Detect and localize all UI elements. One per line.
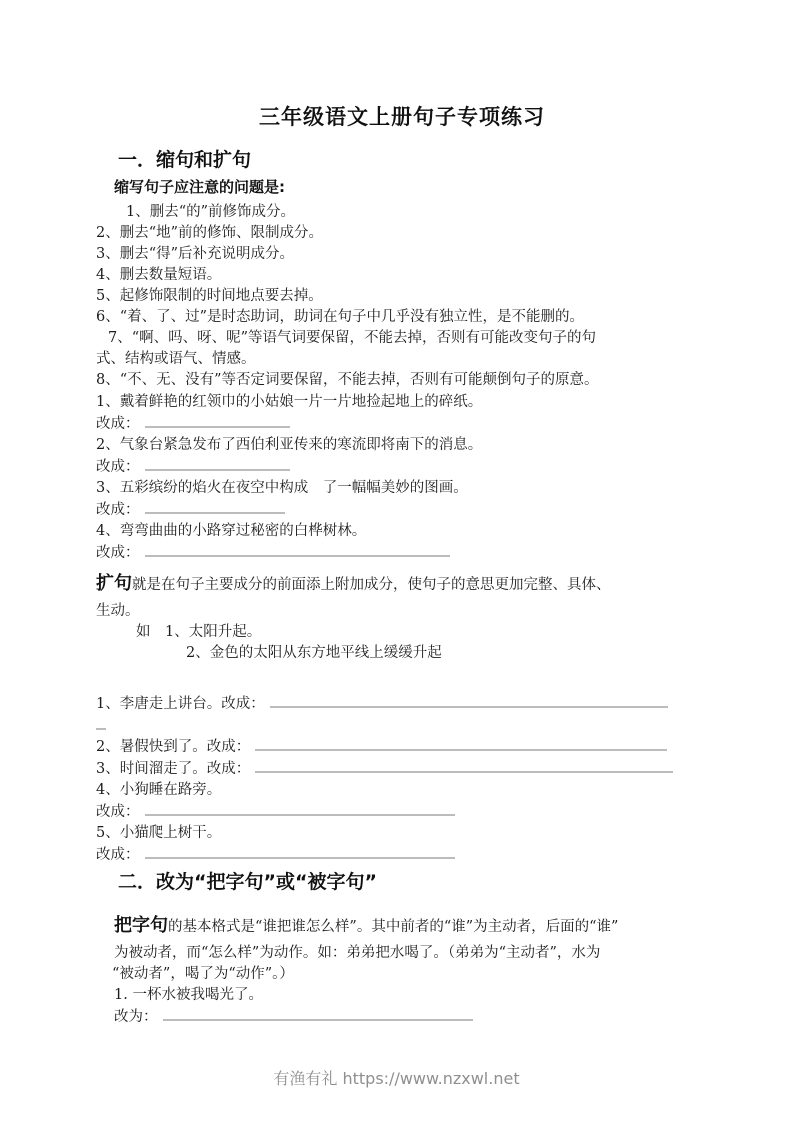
worksheet-page: 三年级语文上册句子专项练习 一．缩句和扩句 缩写句子应注意的问题是: 1、删去“…	[0, 0, 793, 1122]
exercise-sentence: 4、小狗睡在路旁。	[96, 780, 708, 801]
exercise-sentence: 1、戴着鲜艳的红领巾的小姑娘一片一片地捡起地上的碎纸。	[96, 392, 708, 413]
answer-blank	[145, 844, 455, 859]
exercise-sentence: 2、暑假快到了。改成：	[96, 739, 250, 755]
rule-item: 7、“啊、吗、呀、呢”等语气词要保留，不能去掉，否则有可能改变句子的句	[96, 328, 708, 349]
ba-def-line2: 为被动者，而“怎么样”为动作。如：弟弟把水喝了。（弟弟为“主动者”，水为	[96, 943, 708, 964]
answer-blank	[145, 413, 290, 428]
answer-blank	[270, 693, 668, 708]
rule-item: 6、“着、了、过”是时态助词，助词在句子中几乎没有独立性，是不能删的。	[96, 307, 708, 328]
expand-definition: 扩句就是在句子主要成分的前面添上附加成分，使句子的意思更加完整、具体、 生动。 …	[96, 568, 708, 664]
rule-item: 4、删去数量短语。	[96, 265, 708, 286]
exercise-with-blank: 2、暑假快到了。改成：	[96, 736, 708, 758]
ba-def-line3: “被动者”，喝了为“动作”。）	[96, 964, 708, 985]
section1-intro: 缩写句子应注意的问题是:	[96, 178, 708, 197]
answer-line: 改成：	[96, 456, 708, 478]
answer-blank	[163, 1006, 473, 1021]
exercise-sentence: 1. 一杯水被我喝光了。	[96, 985, 708, 1006]
answer-line: 改成：	[96, 542, 708, 564]
exercise-sentence: 3、五彩缤纷的焰火在夜空中构成 了一幅幅美妙的图画。	[96, 478, 708, 499]
section1-heading: 一．缩句和扩句	[96, 148, 708, 172]
exercise-sentence: 1、李唐走上讲台。改成：	[96, 696, 265, 712]
document-content: 三年级语文上册句子专项练习 一．缩句和扩句 缩写句子应注意的问题是: 1、删去“…	[96, 104, 708, 1028]
answer-blank	[255, 736, 667, 751]
exercise-with-blank: 1、李唐走上讲台。改成：	[96, 693, 708, 715]
ba-sentence-definition: 把字句的基本格式是“谁把谁怎么样”。其中前者的“谁”为主动者，后面的“谁” 为被…	[96, 910, 708, 1028]
expand-example-1: 如 1、太阳升起。	[96, 622, 708, 643]
answer-blank	[145, 801, 455, 816]
answer-blank	[145, 542, 450, 557]
answer-blank	[96, 715, 106, 730]
exercise-sentence: 2、气象台紧急发布了西伯利亚传来的寒流即将南下的消息。	[96, 435, 708, 456]
answer-blank	[255, 758, 673, 773]
blank-continuation-line	[96, 715, 708, 736]
rule-item: 8、“不、无、没有”等否定词要保留，不能去掉，否则有可能颠倒句子的原意。	[96, 370, 708, 391]
exercise-with-blank: 3、时间溜走了。改成：	[96, 758, 708, 780]
rule-item: 3、删去“得”后补充说明成分。	[96, 244, 708, 265]
exercise-sentence: 4、弯弯曲曲的小路穿过秘密的白桦树林。	[96, 521, 708, 542]
expand-term: 扩句	[96, 573, 132, 594]
answer-line: 改为：	[96, 1006, 708, 1028]
ba-term: 把字句	[114, 915, 168, 936]
rule-item: 2、删去“地”前的修饰、限制成分。	[96, 223, 708, 244]
rule-list: 1、删去“的”前修饰成分。 2、删去“地”前的修饰、限制成分。 3、删去“得”后…	[96, 202, 708, 391]
section2-heading: 二．改为“把字句”或“被字句”	[96, 870, 708, 894]
exercise-sentence: 5、小猫爬上树干。	[96, 823, 708, 844]
answer-label: 改成：	[96, 847, 140, 863]
rule-item: 5、起修饰限制的时间地点要去掉。	[96, 286, 708, 307]
ba-def-line1: 把字句的基本格式是“谁把谁怎么样”。其中前者的“谁”为主动者，后面的“谁”	[96, 910, 708, 943]
page-title: 三年级语文上册句子专项练习	[96, 104, 708, 130]
exercise-sentence: 3、时间溜走了。改成：	[96, 761, 250, 777]
expand-exercise-list: 1、李唐走上讲台。改成： 2、暑假快到了。改成： 3、时间溜走了。改成： 4、小…	[96, 693, 708, 866]
answer-line: 改成：	[96, 499, 708, 521]
answer-blank	[145, 456, 290, 471]
expand-def-text: 就是在句子主要成分的前面添上附加成分，使句子的意思更加完整、具体、	[132, 577, 611, 593]
rule-item-continuation: 式、结构或语气、情感。	[96, 349, 708, 370]
answer-line: 改成：	[96, 801, 708, 823]
watermark-footer: 有渔有礼 https://www.nzxwl.net	[0, 1066, 793, 1089]
answer-blank	[145, 499, 285, 514]
answer-label: 改为：	[114, 1009, 158, 1025]
answer-label: 改成：	[96, 459, 140, 475]
shrink-exercise-list: 1、戴着鲜艳的红领巾的小姑娘一片一片地捡起地上的碎纸。 改成： 2、气象台紧急发…	[96, 392, 708, 564]
ba-def-text: 的基本格式是“谁把谁怎么样”。其中前者的“谁”为主动者，后面的“谁”	[168, 919, 618, 935]
expand-def-line1: 扩句就是在句子主要成分的前面添上附加成分，使句子的意思更加完整、具体、	[96, 568, 708, 601]
answer-label: 改成：	[96, 804, 140, 820]
answer-label: 改成：	[96, 545, 140, 561]
answer-label: 改成：	[96, 416, 140, 432]
rule-item: 1、删去“的”前修饰成分。	[96, 202, 708, 223]
expand-def-line2: 生动。	[96, 601, 708, 622]
expand-example-2: 2、金色的太阳从东方地平线上缓缓升起	[96, 643, 708, 664]
answer-line: 改成：	[96, 413, 708, 435]
answer-line: 改成：	[96, 844, 708, 866]
answer-label: 改成：	[96, 502, 140, 518]
